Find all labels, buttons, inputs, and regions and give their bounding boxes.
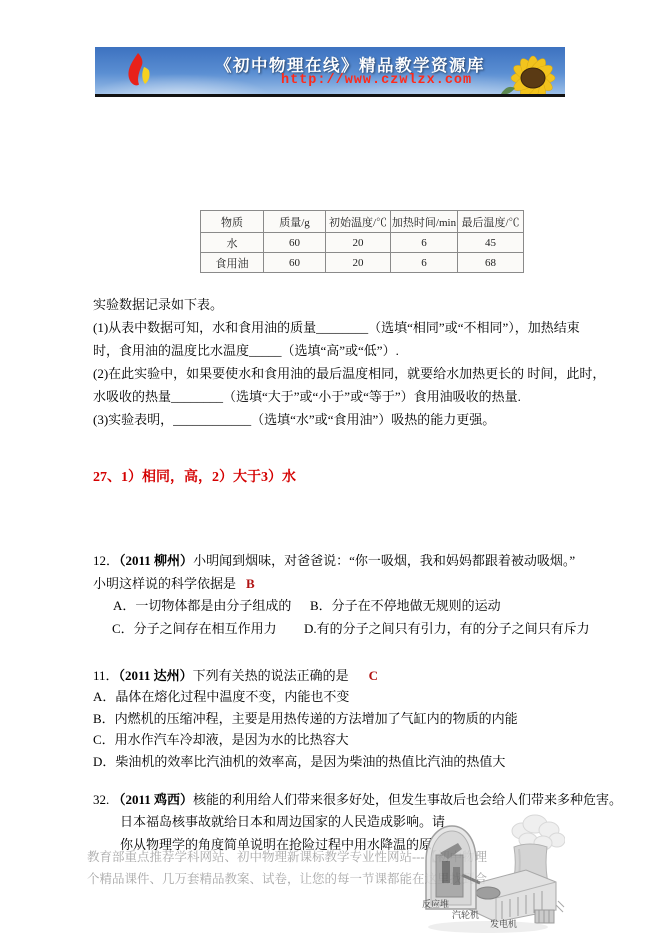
table-header-cell: 初始温度/℃: [326, 211, 391, 233]
table-header-cell: 最后温度/℃: [458, 211, 524, 233]
experiment-line: (1)从表中数据可知，水和食用油的质量________（选填“相同”或“不相同”…: [93, 316, 605, 339]
table-row: 水 60 20 6 45: [201, 233, 524, 253]
q12-option-c: C．分子之间存在相互作用力: [112, 618, 304, 641]
table-header-cell: 质量/g: [264, 211, 326, 233]
table-cell: 45: [458, 233, 524, 253]
table-cell: 60: [264, 233, 326, 253]
q11-stem-line: 11．（2011 达州）下列有关热的说法正确的是C: [93, 665, 518, 686]
table-cell: 20: [326, 253, 391, 273]
q12-stem: 小明闻到烟味，对爸爸说：“你一吸烟，我和妈妈都跟着被动吸烟。”: [193, 553, 575, 568]
table-cell: 水: [201, 233, 264, 253]
q12-stem2: 小明这样说的科学依据是: [93, 576, 236, 591]
table-header-cell: 物质: [201, 211, 264, 233]
table-header-cell: 加热时间/min: [391, 211, 458, 233]
experiment-intro: 实验数据记录如下表。: [93, 293, 605, 316]
q12-source: （2011 柳州）: [119, 553, 193, 568]
q12-number: 12．: [93, 553, 119, 568]
q11-stem: 下列有关热的说法正确的是: [193, 668, 349, 683]
table-cell: 6: [391, 253, 458, 273]
experiment-line: 时，食用油的温度比水温度_____（选填“高”或“低”）.: [93, 339, 605, 362]
table-cell: 食用油: [201, 253, 264, 273]
q11-number: 11．: [93, 668, 119, 683]
question-12: 12．（2011 柳州）小明闻到烟味，对爸爸说：“你一吸烟，我和妈妈都跟着被动吸…: [93, 550, 590, 640]
q12-stem-line-2: 小明这样说的科学依据是B: [93, 573, 590, 596]
experiment-line: 水吸收的热量________（选填“大于”或“小于”或“等于”）食用油吸收的热量…: [93, 385, 605, 408]
question-11: 11．（2011 达州）下列有关热的说法正确的是C A．晶体在熔化过程中温度不变…: [93, 665, 518, 772]
q12-option-d: D.有的分子之间只有引力，有的分子之间只有斥力: [304, 621, 590, 636]
experiment-text-block: 实验数据记录如下表。 (1)从表中数据可知，水和食用油的质量________（选…: [93, 293, 605, 431]
q32-number: 32.: [93, 792, 109, 807]
q12-stem-line: 12．（2011 柳州）小明闻到烟味，对爸爸说：“你一吸烟，我和妈妈都跟着被动吸…: [93, 550, 590, 573]
table-cell: 60: [264, 253, 326, 273]
q32-text: 核能的利用给人们带来很多好处，但发生事故后也会给人们带来多种危害。: [193, 792, 622, 807]
site-logo-icon: [117, 50, 159, 92]
experiment-line: (3)实验表明，____________（选填“水”或“食用油”）吸热的能力更强…: [93, 408, 605, 431]
q12-option-b: B．分子在不停地做无规则的运动: [310, 598, 501, 613]
table-cell: 6: [391, 233, 458, 253]
generator-label: 发电机: [490, 917, 517, 930]
q12-option-a: A．一切物体都是由分子组成的: [113, 595, 310, 618]
q11-option-d: D．柴油机的效率比汽油机的效率高，是因为柴油的热值比汽油的热值大: [93, 751, 518, 772]
experiment-data-table: 物质 质量/g 初始温度/℃ 加热时间/min 最后温度/℃ 水 60 20 6…: [200, 210, 524, 273]
q32-source: （2011 鸡西）: [113, 792, 194, 807]
table-cell: 68: [458, 253, 524, 273]
banner-url-link[interactable]: http://www.czwlzx.com: [281, 73, 472, 88]
table-cell: 20: [326, 233, 391, 253]
q12-options-cd: C．分子之间存在相互作用力D.有的分子之间只有引力，有的分子之间只有斥力: [93, 618, 590, 641]
q12-answer-key: B: [246, 576, 255, 591]
q32-stem-line: 32. （2011 鸡西）核能的利用给人们带来很多好处，但发生事故后也会给人们带…: [93, 789, 622, 811]
answer-27: 27、1）相同，高，2）大于3）水: [93, 466, 296, 486]
q11-option-b: B．内燃机的压缩冲程，主要是用热传递的方法增加了气缸内的物质的内能: [93, 708, 518, 729]
sunflower-icon: [495, 47, 565, 97]
reactor-label: 反应堆: [422, 897, 449, 910]
q12-options-ab: A．一切物体都是由分子组成的B．分子在不停地做无规则的运动: [93, 595, 590, 618]
table-header-row: 物质 质量/g 初始温度/℃ 加热时间/min 最后温度/℃: [201, 211, 524, 233]
q11-option-c: C．用水作汽车冷却液，是因为水的比热容大: [93, 729, 518, 750]
q11-option-a: A．晶体在熔化过程中温度不变，内能也不变: [93, 686, 518, 707]
site-banner: 《初中物理在线》精品教学资源库 http://www.czwlzx.com: [95, 47, 565, 97]
nuclear-plant-figure: 反应堆 汽轮机 发电机: [418, 813, 565, 935]
turbine-label: 汽轮机: [452, 908, 479, 921]
experiment-line: (2)在此实验中，如果要使水和食用油的最后温度相同，就要给水加热更长的 时间，此…: [93, 362, 605, 385]
q11-answer-key: C: [369, 668, 378, 683]
table-row: 食用油 60 20 6 68: [201, 253, 524, 273]
q11-source: （2011 达州）: [119, 668, 193, 683]
